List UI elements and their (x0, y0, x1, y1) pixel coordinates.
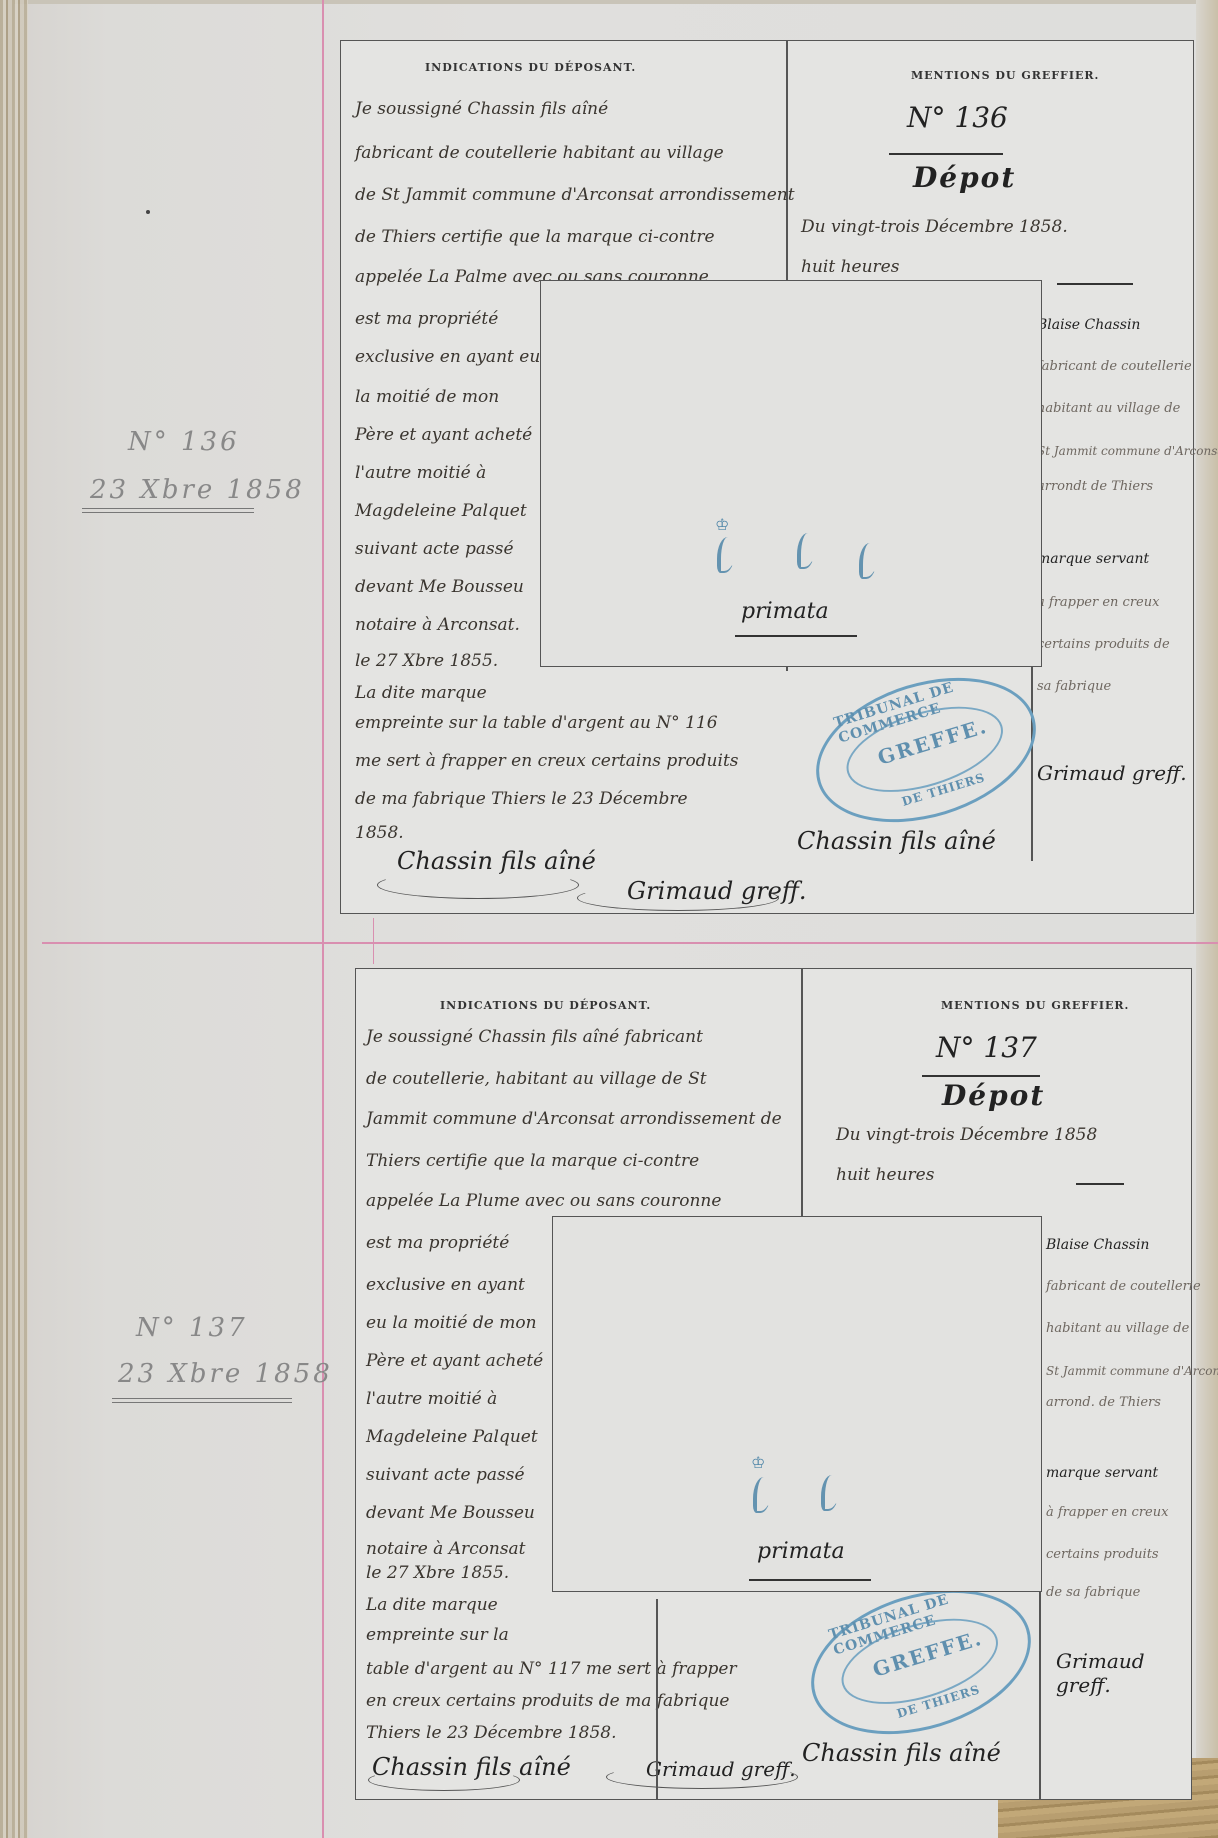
text-line: Magdeleine Palquet (366, 1417, 538, 1457)
text-line: à frapper en creux (1037, 583, 1159, 623)
mark-caption: primata (741, 599, 829, 624)
deposit-number: N° 136 (907, 101, 1008, 134)
text-line: Thiers le 23 Décembre 1858. (366, 1713, 617, 1753)
margin-note-date: 23 Xbre 1858 (118, 1350, 333, 1398)
column-divider (801, 969, 803, 1219)
text-line: de coutellerie, habitant au village de S… (366, 1059, 707, 1099)
text-line: exclusive en ayant (366, 1265, 525, 1305)
trademark-box-136: ♔ primata (540, 280, 1042, 667)
depot-label: Dépot (913, 161, 1016, 194)
text-line: devant Me Bousseu (366, 1493, 535, 1533)
signature-flourish (577, 885, 779, 911)
margin-note-date: 23 Xbre 1858 (90, 466, 305, 514)
text-line: Magdeleine Palquet (355, 491, 527, 531)
clerk-block-signature: Chassin fils aîné (797, 827, 996, 855)
text-line: marque servant (1037, 539, 1149, 579)
separator-tick (373, 918, 374, 964)
clerk-signature-small: Grimaud greff. (1037, 761, 1187, 785)
margin-note-underline (82, 508, 254, 513)
text-line: arrond. de Thiers (1046, 1383, 1161, 1423)
record-separator-rule (42, 942, 1218, 944)
text-line: habitant au village de (1037, 389, 1180, 429)
text-line: marque servant (1046, 1453, 1158, 1493)
mark-caption-underline (749, 1579, 871, 1581)
signature-flourish (377, 871, 579, 899)
text-line: Blaise Chassin (1046, 1225, 1149, 1265)
text-line: de ma fabrique Thiers le 23 Décembre (355, 779, 688, 819)
text-line: Jammit commune d'Arconsat arrondissement… (366, 1099, 782, 1139)
signature-flourish (368, 1769, 520, 1791)
text-line: Blaise Chassin (1037, 305, 1140, 345)
feather-icon (753, 1477, 771, 1513)
palm-icon (717, 537, 735, 573)
text-line: Père et ayant acheté (366, 1341, 543, 1381)
text-line: exclusive en ayant eu (355, 337, 540, 377)
text-line: suivant acte passé (366, 1455, 525, 1495)
deposit-date: Du vingt-trois Décembre 1858. (801, 207, 1068, 247)
text-line: Je soussigné Chassin fils aîné fabricant (366, 1017, 703, 1057)
text-line: certains produits de (1037, 625, 1170, 665)
text-line: St Jammit commune d'Arconsat (1037, 431, 1218, 471)
text-line: est ma propriété (355, 299, 498, 339)
crown-icon: ♔ (751, 1453, 765, 1472)
tribunal-stamp: TRIBUNAL DE COMMERCE GREFFE. DE THIERS (798, 653, 1053, 847)
deposit-number-underline (889, 153, 1003, 155)
trademark-box-137: ♔ primata (552, 1216, 1042, 1592)
ink-speck (146, 210, 150, 214)
text-line: habitant au village de (1046, 1309, 1189, 1349)
declarant-header: Indications du déposant. (425, 61, 636, 74)
text-line: de St Jammit commune d'Arconsat arrondis… (355, 175, 795, 215)
dash-rule (1076, 1183, 1124, 1185)
page-edge (1196, 0, 1218, 1838)
text-line: fabricant de coutellerie (1037, 347, 1192, 387)
margin-note-number: N° 136 (128, 418, 240, 466)
deposit-number: N° 137 (936, 1031, 1037, 1064)
mark-caption: primata (757, 1539, 845, 1564)
text-line: arrondt de Thiers (1037, 467, 1153, 507)
text-line: suivant acte passé (355, 529, 514, 569)
text-line: l'autre moitié à (366, 1379, 497, 1419)
text-line: Je soussigné Chassin fils aîné (355, 89, 608, 129)
margin-note-underline (112, 1398, 292, 1403)
palm-icon (797, 533, 815, 569)
clerk-header: Mentions du greffier. (911, 69, 1099, 82)
text-line: me sert à frapper en creux certains prod… (355, 741, 739, 781)
dash-rule (1057, 283, 1133, 285)
signature-flourish (606, 1765, 798, 1789)
text-line: à frapper en creux (1046, 1493, 1168, 1533)
deposit-date: Du vingt-trois Décembre 1858 (836, 1115, 1097, 1155)
crown-icon: ♔ (715, 515, 729, 534)
text-line: Thiers certifie que la marque ci-contre (366, 1141, 699, 1181)
clerk-block-signature: Chassin fils aîné (802, 1739, 1001, 1767)
text-line: devant Me Bousseu (355, 567, 524, 607)
text-line: notaire à Arconsat. (355, 605, 520, 645)
text-line: l'autre moitié à (355, 453, 486, 493)
inner-divider (656, 1599, 658, 1799)
text-line: la moitié de mon (355, 377, 499, 417)
deposit-hour: huit heures (836, 1155, 934, 1195)
text-line: certains produits (1046, 1535, 1159, 1575)
margin-rule-vertical (322, 0, 324, 1838)
margin-note-number: N° 137 (136, 1304, 248, 1352)
depot-label: Dépot (942, 1079, 1045, 1112)
deposit-number-underline (922, 1075, 1040, 1077)
text-line: fabricant de coutellerie (1046, 1267, 1201, 1307)
declarant-header: Indications du déposant. (440, 999, 651, 1012)
book-binding (0, 0, 28, 1838)
text-line: Père et ayant acheté (355, 415, 532, 455)
clerk-signature-small: Grimaud greff. (1056, 1649, 1191, 1697)
text-line: appelée La Plume avec ou sans couronne (366, 1181, 721, 1221)
text-line: fabricant de coutellerie habitant au vil… (355, 133, 724, 173)
clerk-header: Mentions du greffier. (941, 999, 1129, 1012)
text-line: sa fabrique (1037, 667, 1111, 707)
tribunal-stamp: TRIBUNAL DE COMMERCE GREFFE. DE THIERS (793, 1565, 1048, 1759)
feather-icon (821, 1475, 839, 1511)
text-line: de Thiers certifie que la marque ci-cont… (355, 217, 715, 257)
text-line: empreinte sur la table d'argent au N° 11… (355, 703, 718, 743)
text-line: de sa fabrique (1046, 1573, 1140, 1613)
palm-icon (859, 543, 877, 579)
mark-caption-underline (735, 635, 857, 637)
text-line: eu la moitié de mon (366, 1303, 537, 1343)
text-line: est ma propriété (366, 1223, 509, 1263)
